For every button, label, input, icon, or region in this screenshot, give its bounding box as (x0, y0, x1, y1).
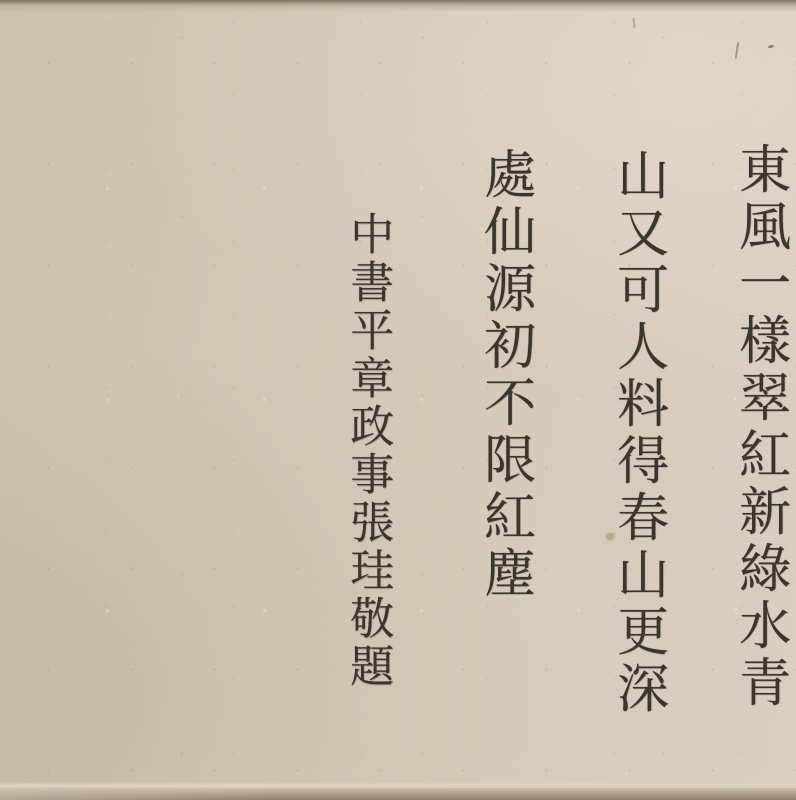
scroll-top-edge (0, 0, 796, 12)
calligraphy-column-poem-2: 山又可人料得春山更深 (610, 148, 665, 718)
paper-fiber-mark (632, 18, 635, 28)
paper-speck (768, 44, 775, 48)
scroll-bottom-edge (0, 788, 796, 800)
calligraphy-column-signature: 中書平章政事張珪敬題 (344, 211, 390, 691)
calligraphy-column-poem-1: 東風一樣翠紅新綠水青 (732, 142, 787, 712)
scroll-paper: 東風一樣翠紅新綠水青 山又可人料得春山更深 處仙源初不限紅塵 中書平章政事張珪敬… (0, 0, 796, 800)
calligraphy-column-poem-3: 處仙源初不限紅塵 (477, 147, 532, 603)
paper-fiber-mark (735, 42, 740, 59)
